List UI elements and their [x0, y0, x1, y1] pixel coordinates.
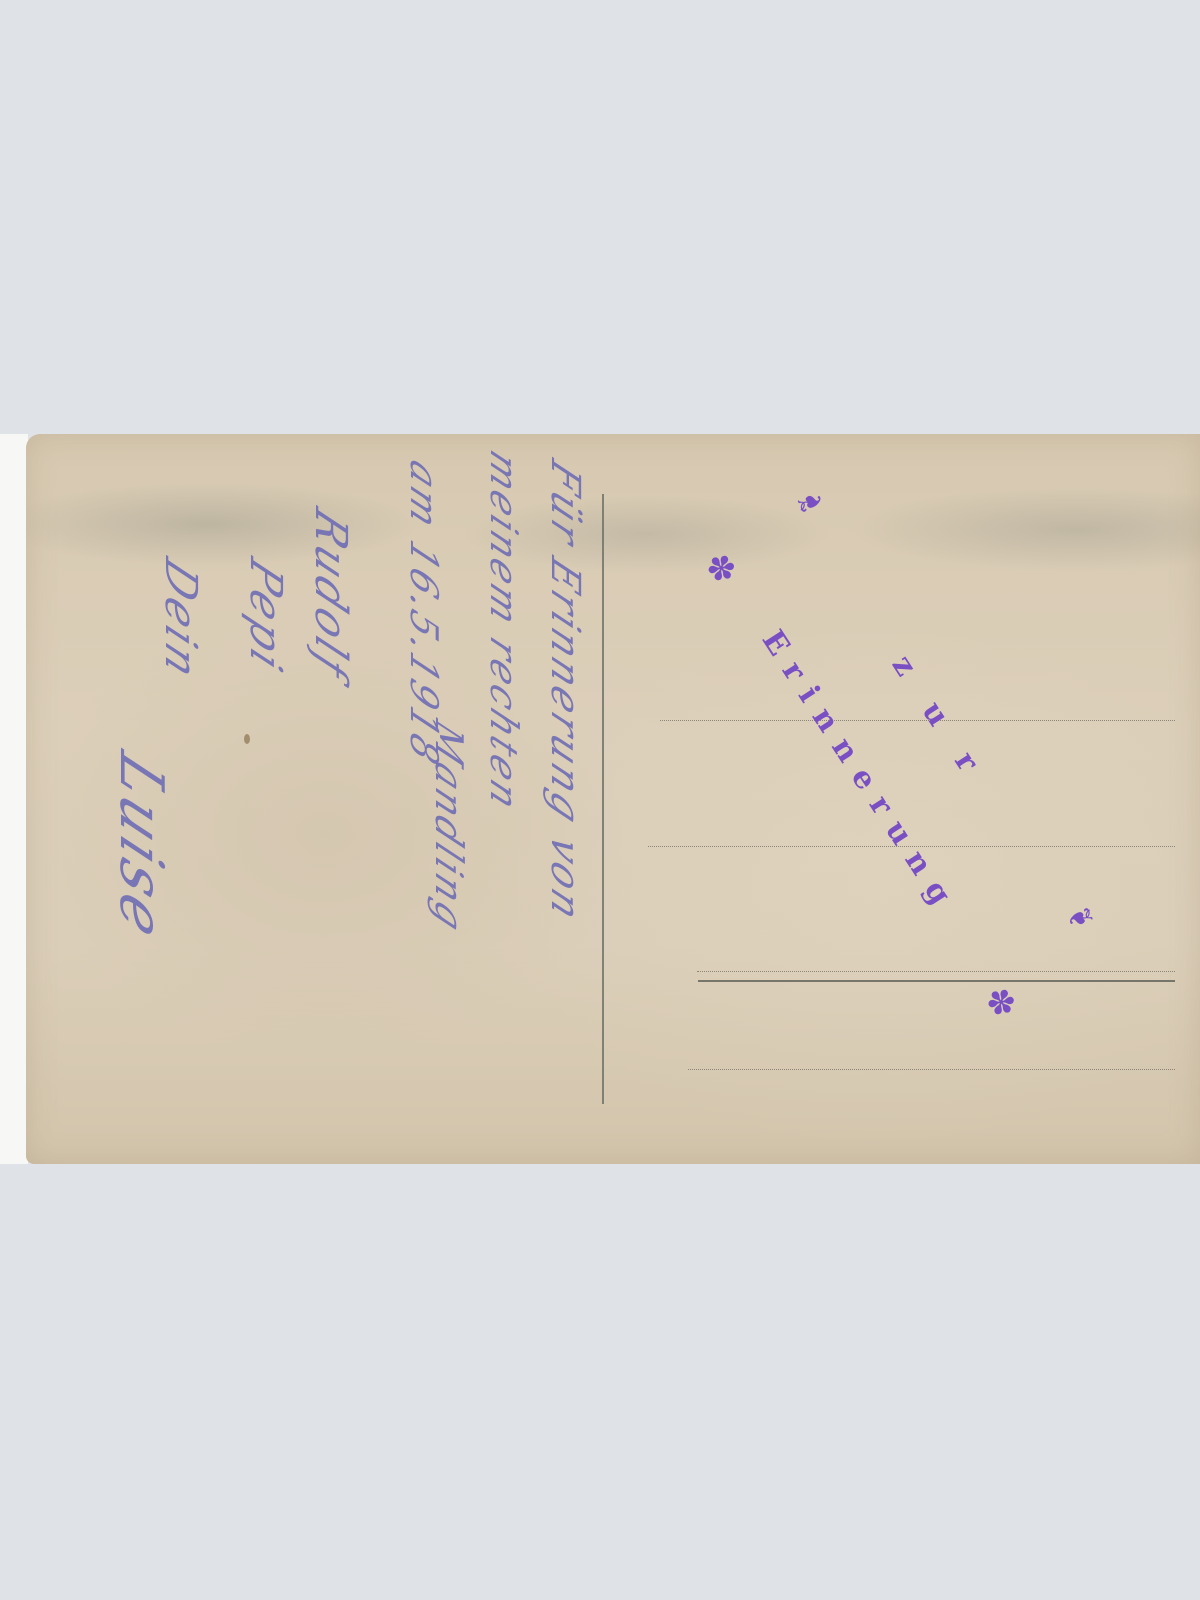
shell-ornament-icon: ✽ — [978, 979, 1022, 1023]
handwriting-line-1: Für Erinnerung von — [542, 453, 588, 932]
stain — [244, 734, 250, 744]
fleuron-ornament-icon: ❧ — [789, 481, 831, 525]
handwriting-line-7: Dein — [155, 550, 206, 690]
scan-edge-strip — [0, 434, 28, 1164]
postcard: ❧ ✽ ❧ ✽ zur Erinnerung Für Erinnerung vo… — [26, 434, 1200, 1164]
handwriting-line-5: Rudolf — [305, 500, 356, 688]
stamp-text-erinnerung: Erinnerung — [755, 624, 966, 922]
message-address-divider — [602, 494, 604, 1104]
stamp-text-zur: zur — [885, 649, 1006, 810]
address-underline — [698, 980, 1175, 982]
address-line-3 — [697, 971, 1175, 972]
handwriting-signature: Luise — [106, 741, 176, 953]
address-line-4 — [688, 1069, 1175, 1070]
fleuron-ornament-icon: ❧ — [1059, 895, 1101, 939]
handwriting-line-4: Mandling — [427, 713, 471, 941]
handwriting-line-6: Pepi — [240, 550, 291, 682]
shell-ornament-icon: ✽ — [700, 547, 744, 591]
handwriting-line-2: meinem rechten — [482, 443, 526, 820]
